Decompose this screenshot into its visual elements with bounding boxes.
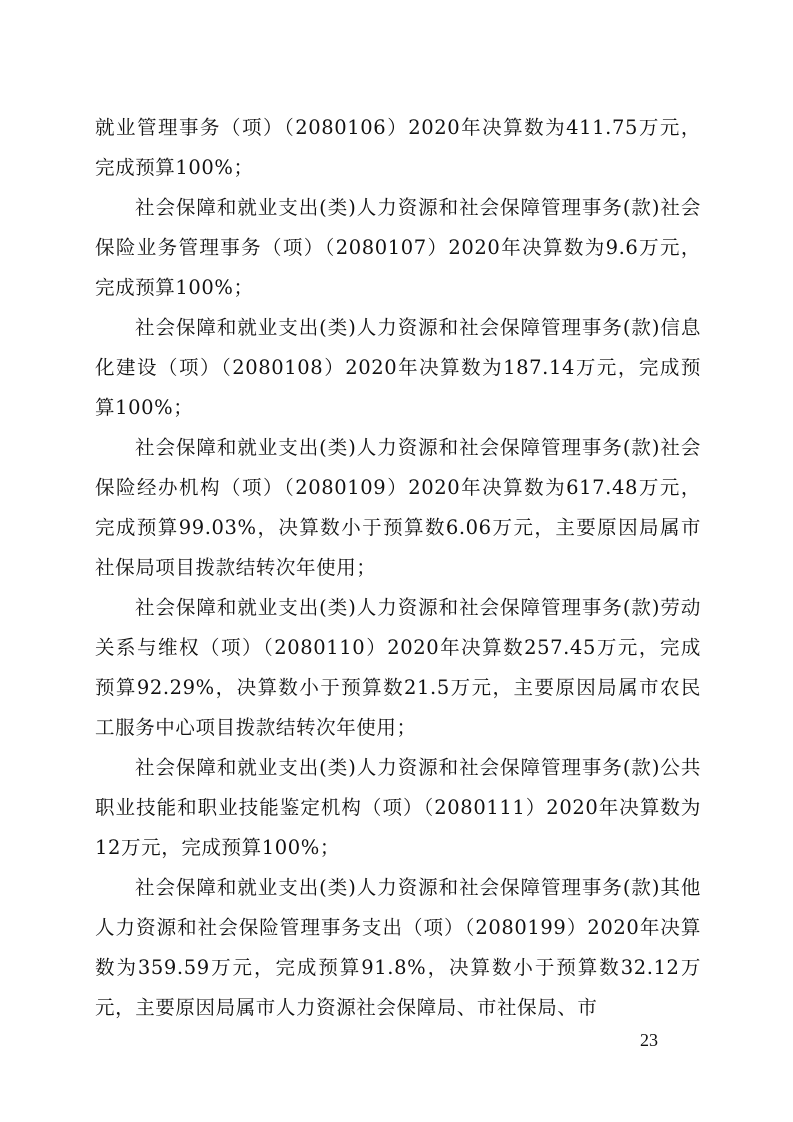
paragraph-vocational-skills: 社会保障和就业支出(类)人力资源和社会保障管理事务(款)公共职业技能和职业技能鉴… xyxy=(95,748,701,868)
paragraph-other-hr-affairs: 社会保障和就业支出(类)人力资源和社会保障管理事务(款)其他人力资源和社会保险管… xyxy=(95,868,701,1028)
paragraph-informatization: 社会保障和就业支出(类)人力资源和社会保障管理事务(款)信息化建设（项）（208… xyxy=(95,308,701,428)
page-number: 23 xyxy=(640,1030,658,1051)
paragraph-social-insurance-business: 社会保障和就业支出(类)人力资源和社会保障管理事务(款)社会保险业务管理事务（项… xyxy=(95,188,701,308)
paragraph-social-insurance-agency: 社会保障和就业支出(类)人力资源和社会保障管理事务(款)社会保险经办机构（项）（… xyxy=(95,428,701,588)
paragraph-labor-relations: 社会保障和就业支出(类)人力资源和社会保障管理事务(款)劳动关系与维权（项）（2… xyxy=(95,588,701,748)
document-page-body: 就业管理事务（项）（2080106）2020年决算数为411.75万元，完成预算… xyxy=(95,108,701,1028)
paragraph-employment-management: 就业管理事务（项）（2080106）2020年决算数为411.75万元，完成预算… xyxy=(95,108,701,188)
